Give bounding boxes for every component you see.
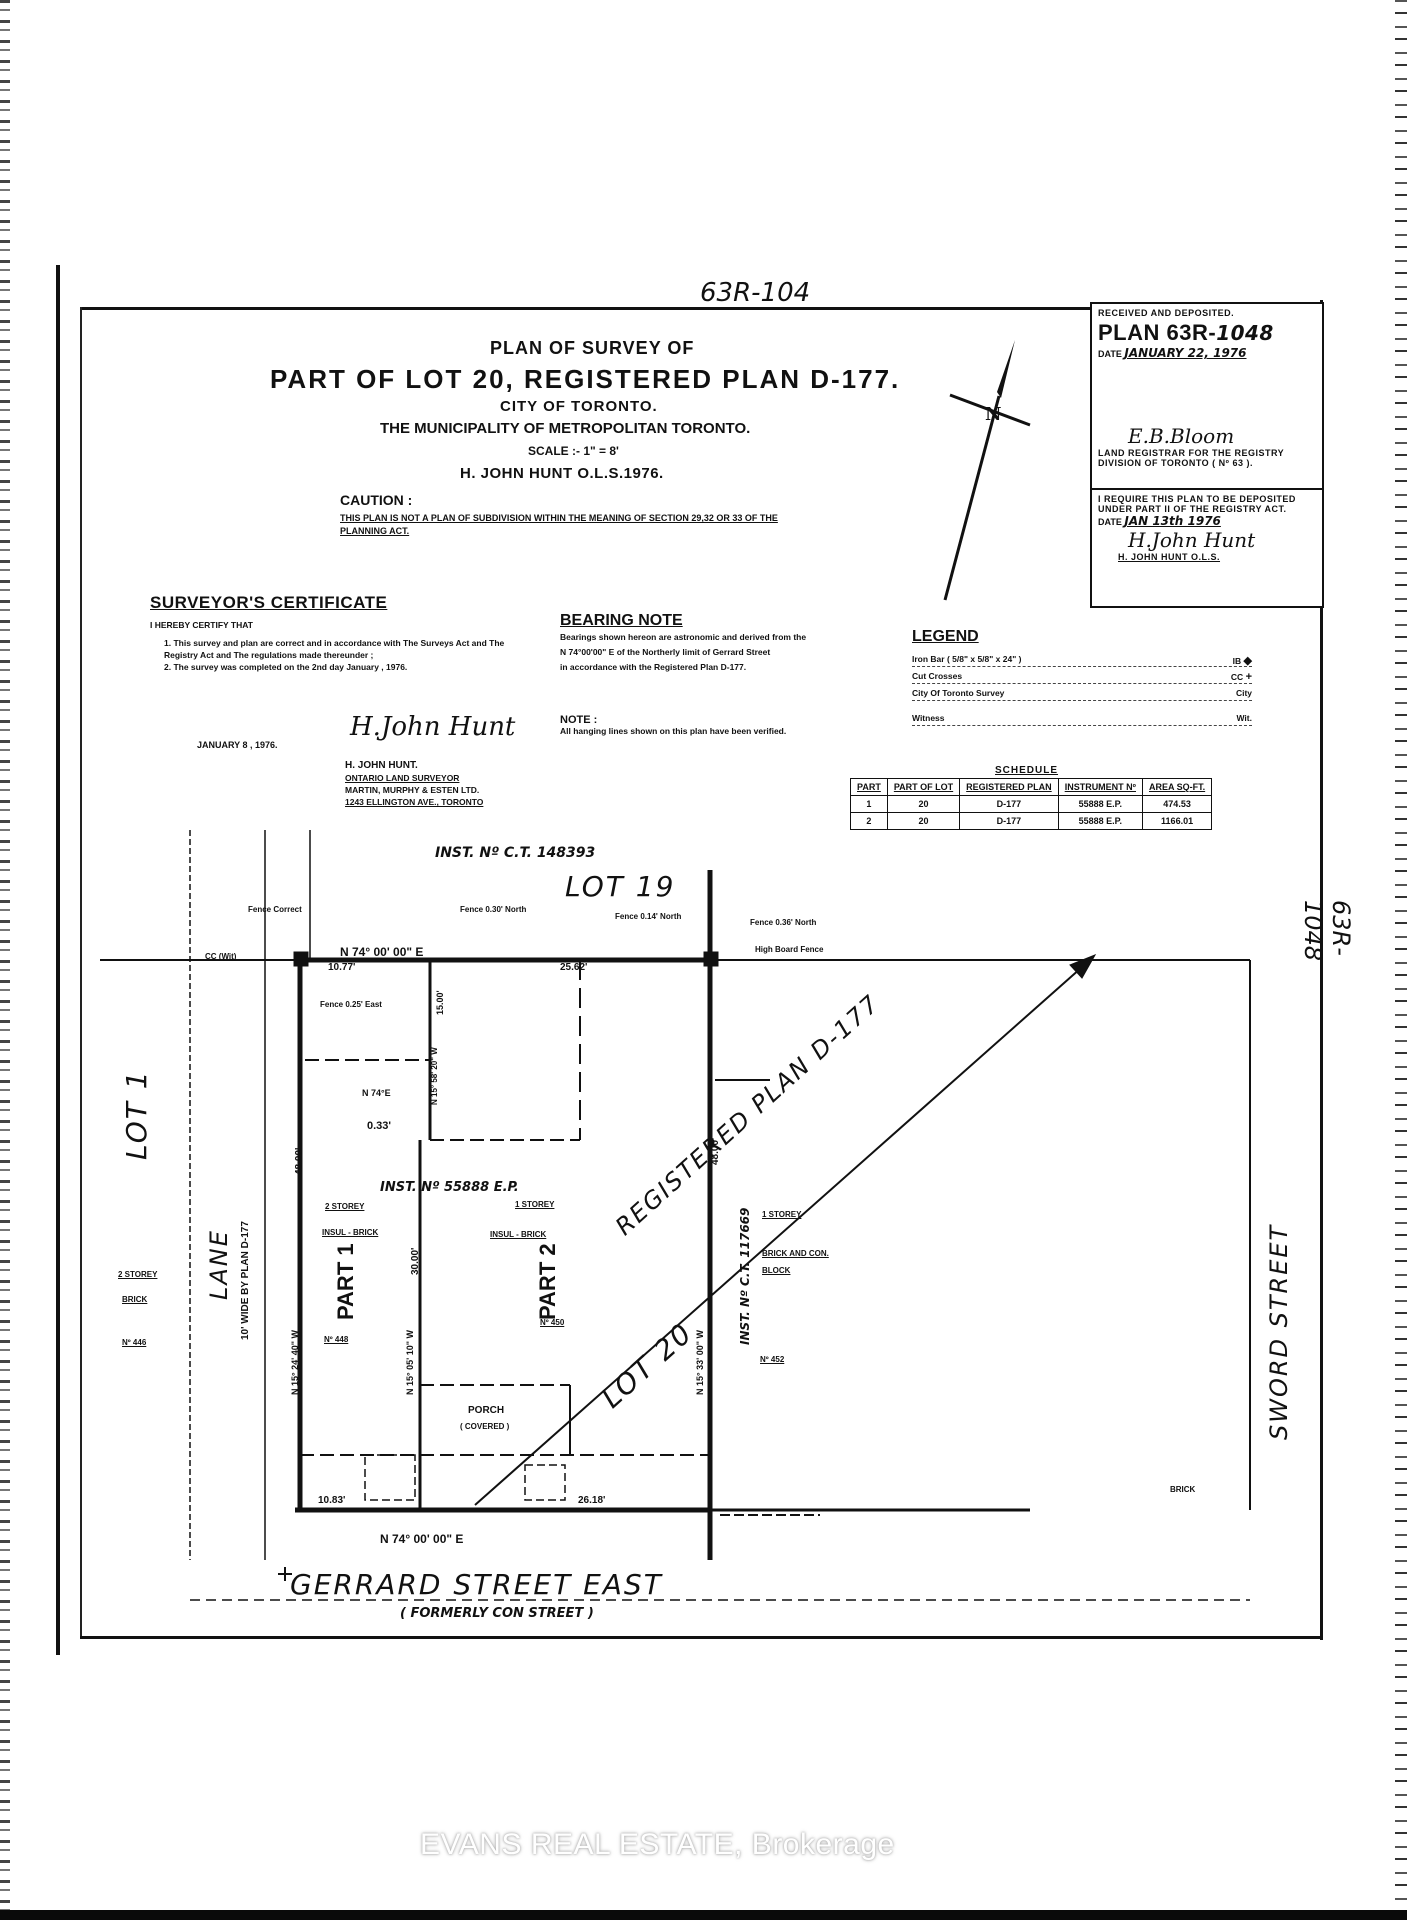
part-2-label: PART 2 [535,1243,561,1320]
gerrard-formerly-label: ( FORMERLY CON STREET ) [400,1606,594,1621]
lane-width-label: 10' WIDE BY PLAN D-177 [240,1221,251,1340]
fence-note: Fence 0.30' North [460,905,526,914]
fence-note: Fence Correct [248,905,302,914]
bearing-west: N 15° 24' 40" W [290,1330,300,1395]
lot-1-label: LOT 1 [120,1069,153,1160]
fence-note: Fence 0.25' East [320,1000,382,1009]
porch-note: ( COVERED ) [460,1422,509,1431]
n74e-label: N 74°E [362,1088,391,1098]
dim-15: 15.00' [435,990,445,1015]
plan-reference-side: 63R-1048 [1299,900,1355,961]
bearing-mid-upper: N 15° 58' 20" W [430,1047,439,1105]
fence-note: Fence 0.36' North [750,918,816,927]
bldg-446-material: BRICK [122,1295,147,1304]
south-bearing-label: N 74° 00' 00" E [380,1532,463,1546]
north-bearing-label: N 74° 00' 00" E [340,945,423,959]
brick-label: BRICK [1170,1485,1195,1494]
inst-mid-label: INST. Nº 55888 E.P. [380,1180,519,1195]
brokerage-watermark: EVANS REAL ESTATE, Brokerage [420,1828,895,1862]
bldg-450-storey: 1 STOREY [515,1200,554,1209]
bldg-452-storey: 1 STOREY [762,1210,801,1219]
bldg-452-number: Nº 452 [760,1355,784,1364]
dim-48-west: 48.00' [294,1148,305,1175]
bldg-450-material: INSUL - BRICK [490,1230,546,1239]
bldg-452-material: BRICK AND CON. BLOCK [762,1245,842,1279]
fence-note: High Board Fence [755,945,823,954]
lane-label: LANE [205,1229,233,1300]
inst-north-label: INST. Nº C.T. 148393 [435,845,595,861]
sword-street-label: SWORD STREET [1265,1224,1293,1440]
dim-0-33: 0.33' [367,1120,391,1132]
cc-note: CC (Wit) [205,952,236,961]
dim-25-62: 25.62' [560,962,587,973]
dim-26-18: 26.18' [578,1495,605,1506]
bldg-448-material: INSUL - BRICK [322,1228,378,1237]
bldg-448-number: Nº 448 [324,1335,348,1344]
dim-30: 30.00' [410,1248,421,1275]
dim-10-77: 10.77' [328,962,355,973]
fence-note: Fence 0.14' North [615,912,681,921]
part-1-label: PART 1 [333,1243,359,1320]
bearing-mid: N 15° 05' 10" W [405,1330,415,1395]
inst-east-label: INST. Nº C.T. 117669 [738,1208,752,1345]
bldg-446-number: Nº 446 [122,1338,146,1347]
bldg-448-storey: 2 STOREY [325,1202,364,1211]
bldg-446-storey: 2 STOREY [118,1270,157,1279]
porch-label: PORCH [468,1405,504,1416]
dim-10-83: 10.83' [318,1495,345,1506]
lot-19-label: LOT 19 [565,870,675,903]
bldg-450-number: Nº 450 [540,1318,564,1327]
gerrard-street-label: GERRARD STREET EAST [290,1568,663,1601]
